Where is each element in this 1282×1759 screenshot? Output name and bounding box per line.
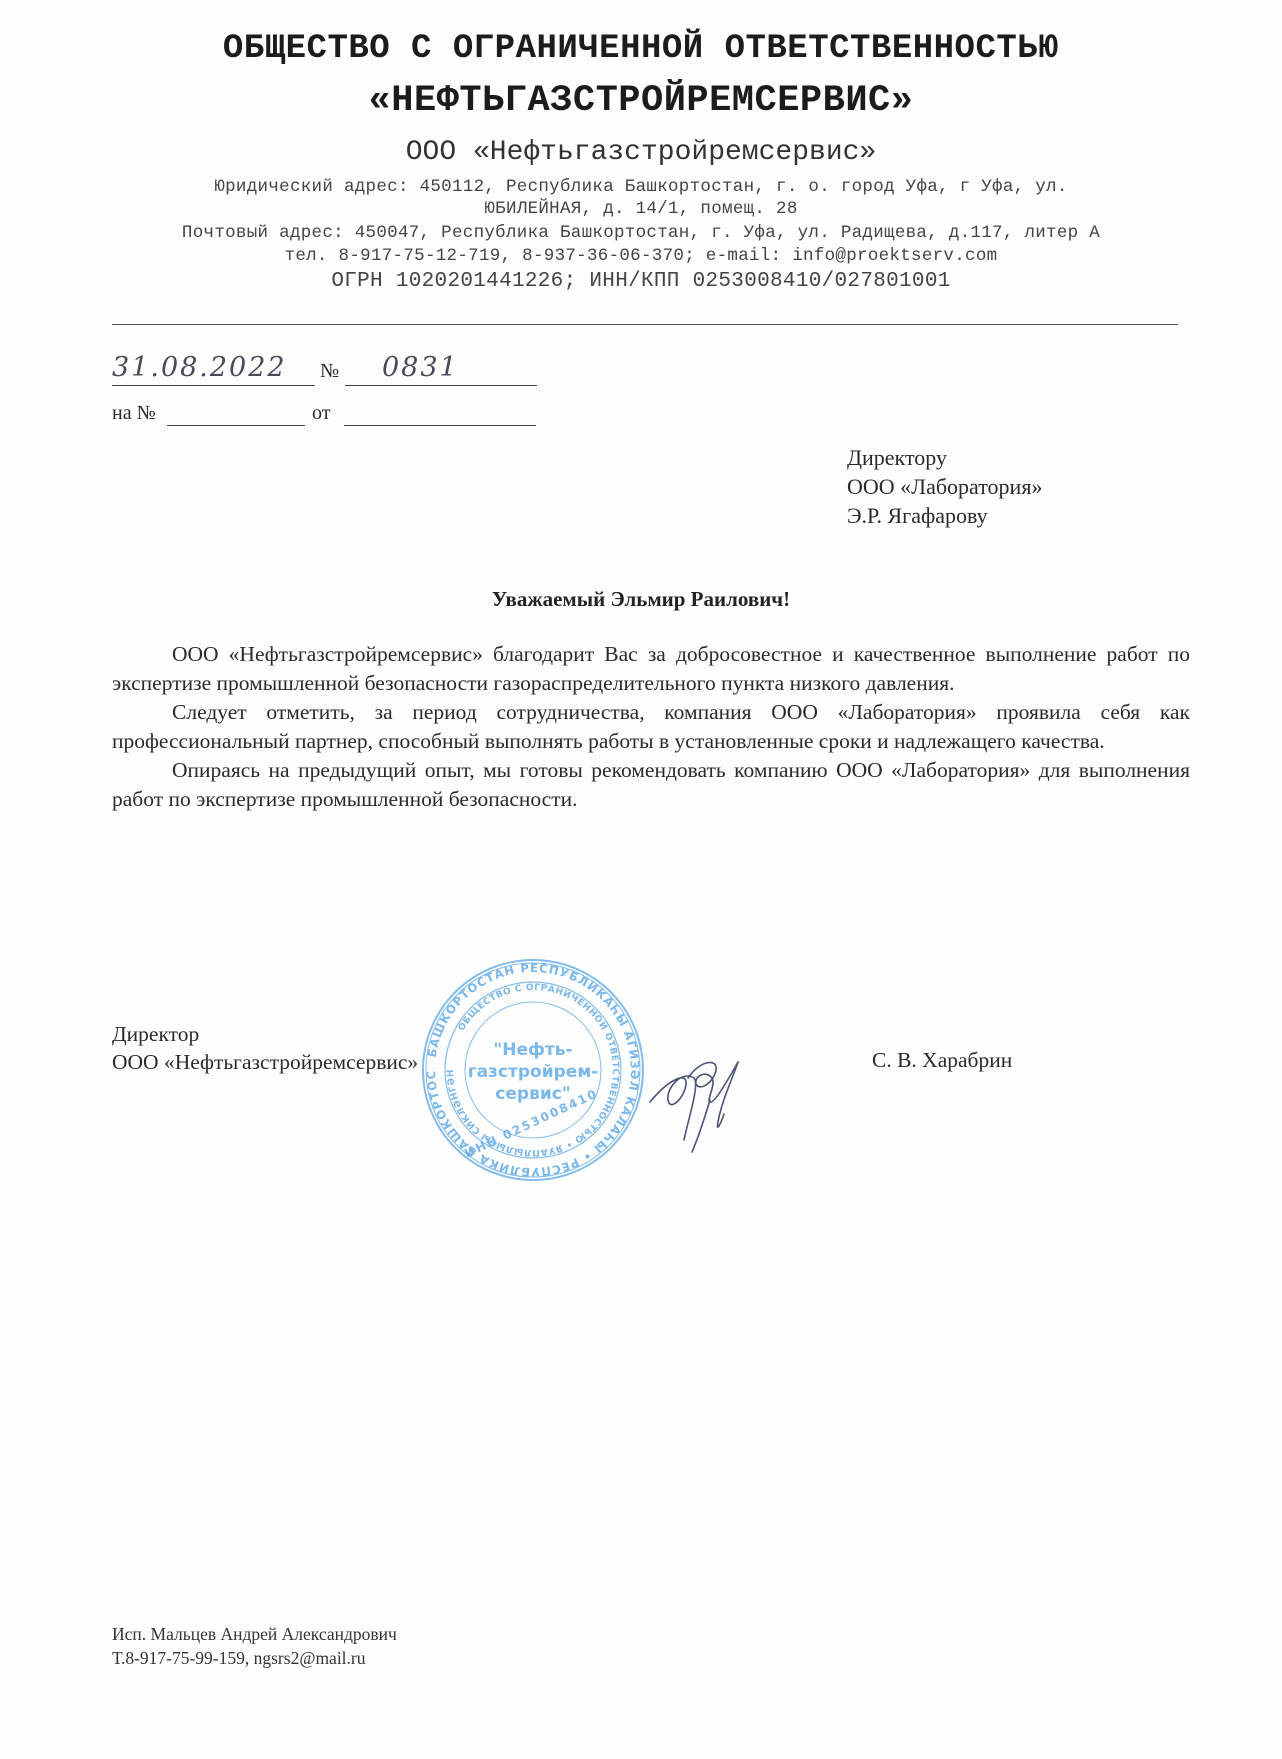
body-paragraph: Следует отметить, за период сотрудничест…: [112, 698, 1190, 756]
from-underline: [344, 425, 536, 426]
greeting: Уважаемый Эльмир Раилович!: [0, 587, 1282, 612]
header-divider: [112, 324, 1178, 325]
date-underline: [112, 385, 315, 386]
addressee-company: ООО «Лаборатория»: [847, 472, 1042, 501]
company-short-name: ООО «Нефтьгазстройремсервис»: [0, 137, 1282, 168]
date-handwritten: 31.08.2022: [112, 352, 287, 383]
body-paragraph: Опираясь на предыдущий опыт, мы готовы р…: [112, 756, 1190, 814]
addressee: Директору ООО «Лаборатория» Э.Р. Ягафаро…: [847, 443, 1042, 530]
legal-address-line1: Юридический адрес: 450112, Республика Ба…: [0, 177, 1282, 197]
executor-info: Исп. Мальцев Андрей Александрович Т.8-91…: [112, 1622, 397, 1670]
incoming-reference: на № от: [112, 400, 542, 430]
executor-name: Исп. Мальцев Андрей Александрович: [112, 1622, 397, 1646]
addressee-name: Э.Р. Ягафарову: [847, 501, 1042, 530]
registration-numbers: ОГРН 1020201441226; ИНН/КПП 0253008410/0…: [0, 270, 1282, 293]
addressee-position: Директору: [847, 443, 1042, 472]
seal-center-line3: сервис": [495, 1084, 570, 1104]
outgoing-reference: 31.08.2022 № 0831: [112, 350, 542, 390]
signatory-block: Директор ООО «Нефтьгазстройремсервис»: [112, 1020, 418, 1076]
number-handwritten: 0831: [382, 352, 459, 383]
letter-body: ООО «Нефтьгазстройремсервис» благодарит …: [112, 640, 1190, 814]
company-seal-stamp: БАШКОРТОСТАН РЕСПУБЛИКАҺЫ АГИЗӘЛ КАЛАҺЫ …: [418, 955, 648, 1185]
reply-to-underline: [167, 425, 305, 426]
number-underline: [345, 385, 537, 386]
postal-address: Почтовый адрес: 450047, Республика Башко…: [0, 223, 1282, 243]
reply-to-label: на №: [112, 402, 156, 425]
from-label: от: [312, 402, 330, 425]
signatory-company: ООО «Нефтьгазстройремсервис»: [112, 1048, 418, 1076]
body-paragraph: ООО «Нефтьгазстройремсервис» благодарит …: [112, 640, 1190, 698]
signatory-position: Директор: [112, 1020, 418, 1048]
executor-contact: Т.8-917-75-99-159, ngsrs2@mail.ru: [112, 1646, 397, 1670]
company-full-name-line2: «НЕФТЬГАЗСТРОЙРЕМСЕРВИС»: [0, 80, 1282, 122]
handwritten-signature: [648, 1040, 758, 1160]
number-label: №: [320, 360, 339, 383]
seal-center-line1: "Нефть-: [493, 1040, 572, 1060]
signatory-name: С. В. Харабрин: [872, 1048, 1012, 1073]
signature-icon: [648, 1040, 758, 1160]
contacts: тел. 8-917-75-12-719, 8-937-36-06-370; e…: [0, 246, 1282, 266]
seal-center-line2: газстройрем-: [468, 1062, 599, 1082]
company-full-name-line1: ОБЩЕСТВО С ОГРАНИЧЕННОЙ ОТВЕТСТВЕННОСТЬЮ: [0, 30, 1282, 68]
seal-icon: БАШКОРТОСТАН РЕСПУБЛИКАҺЫ АГИЗӘЛ КАЛАҺЫ …: [418, 955, 648, 1185]
legal-address-line2: ЮБИЛЕЙНАЯ, д. 14/1, помещ. 28: [0, 199, 1282, 219]
